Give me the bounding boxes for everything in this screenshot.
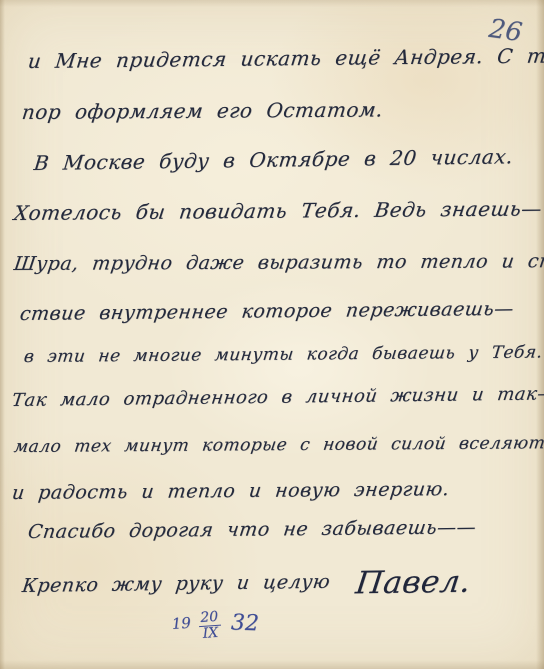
letter-line: Хотелось бы повидать Тебя. Ведь знаешь— [12,196,543,225]
closing-line: Крепко жму руку и целуюПавел. [20,564,473,606]
letter-line: Шура, трудно даже выразить то тепло и сп… [13,250,544,275]
letter-line: и радость и тепло и новую энергию. [11,478,451,504]
letter-line: пор оформляем его Остатом. [21,97,385,124]
date-fraction: 20 IX [198,610,222,642]
date-day: 20 [200,610,219,626]
letter-line: в эти не многие минуты когда бываешь у Т… [23,342,544,367]
letter-line: ствие внутреннее которое переживаешь— [19,298,516,325]
date-line: 19 20 IX 32 [171,607,260,643]
letter-line: Так мало отрадненного в личной жизни и т… [11,383,544,411]
letter-line: В Москве буду в Октябре в 20 числах. [33,144,515,175]
date-year: 32 [230,610,259,636]
date-month: IX [199,624,222,641]
signature: Павел. [354,564,473,602]
letter-page: 26 и Мне придется искать ещё Андрея. С т… [0,0,544,669]
letter-line: мало тех минут которые с новой силой все… [13,433,544,457]
date-century: 19 [171,614,191,633]
letter-line: и Мне придется искать ещё Андрея. С тех [27,43,544,73]
closing-text: Крепко жму руку и целую [21,571,332,597]
letter-line: Спасибо дорогая что не забываешь—— [27,516,478,543]
